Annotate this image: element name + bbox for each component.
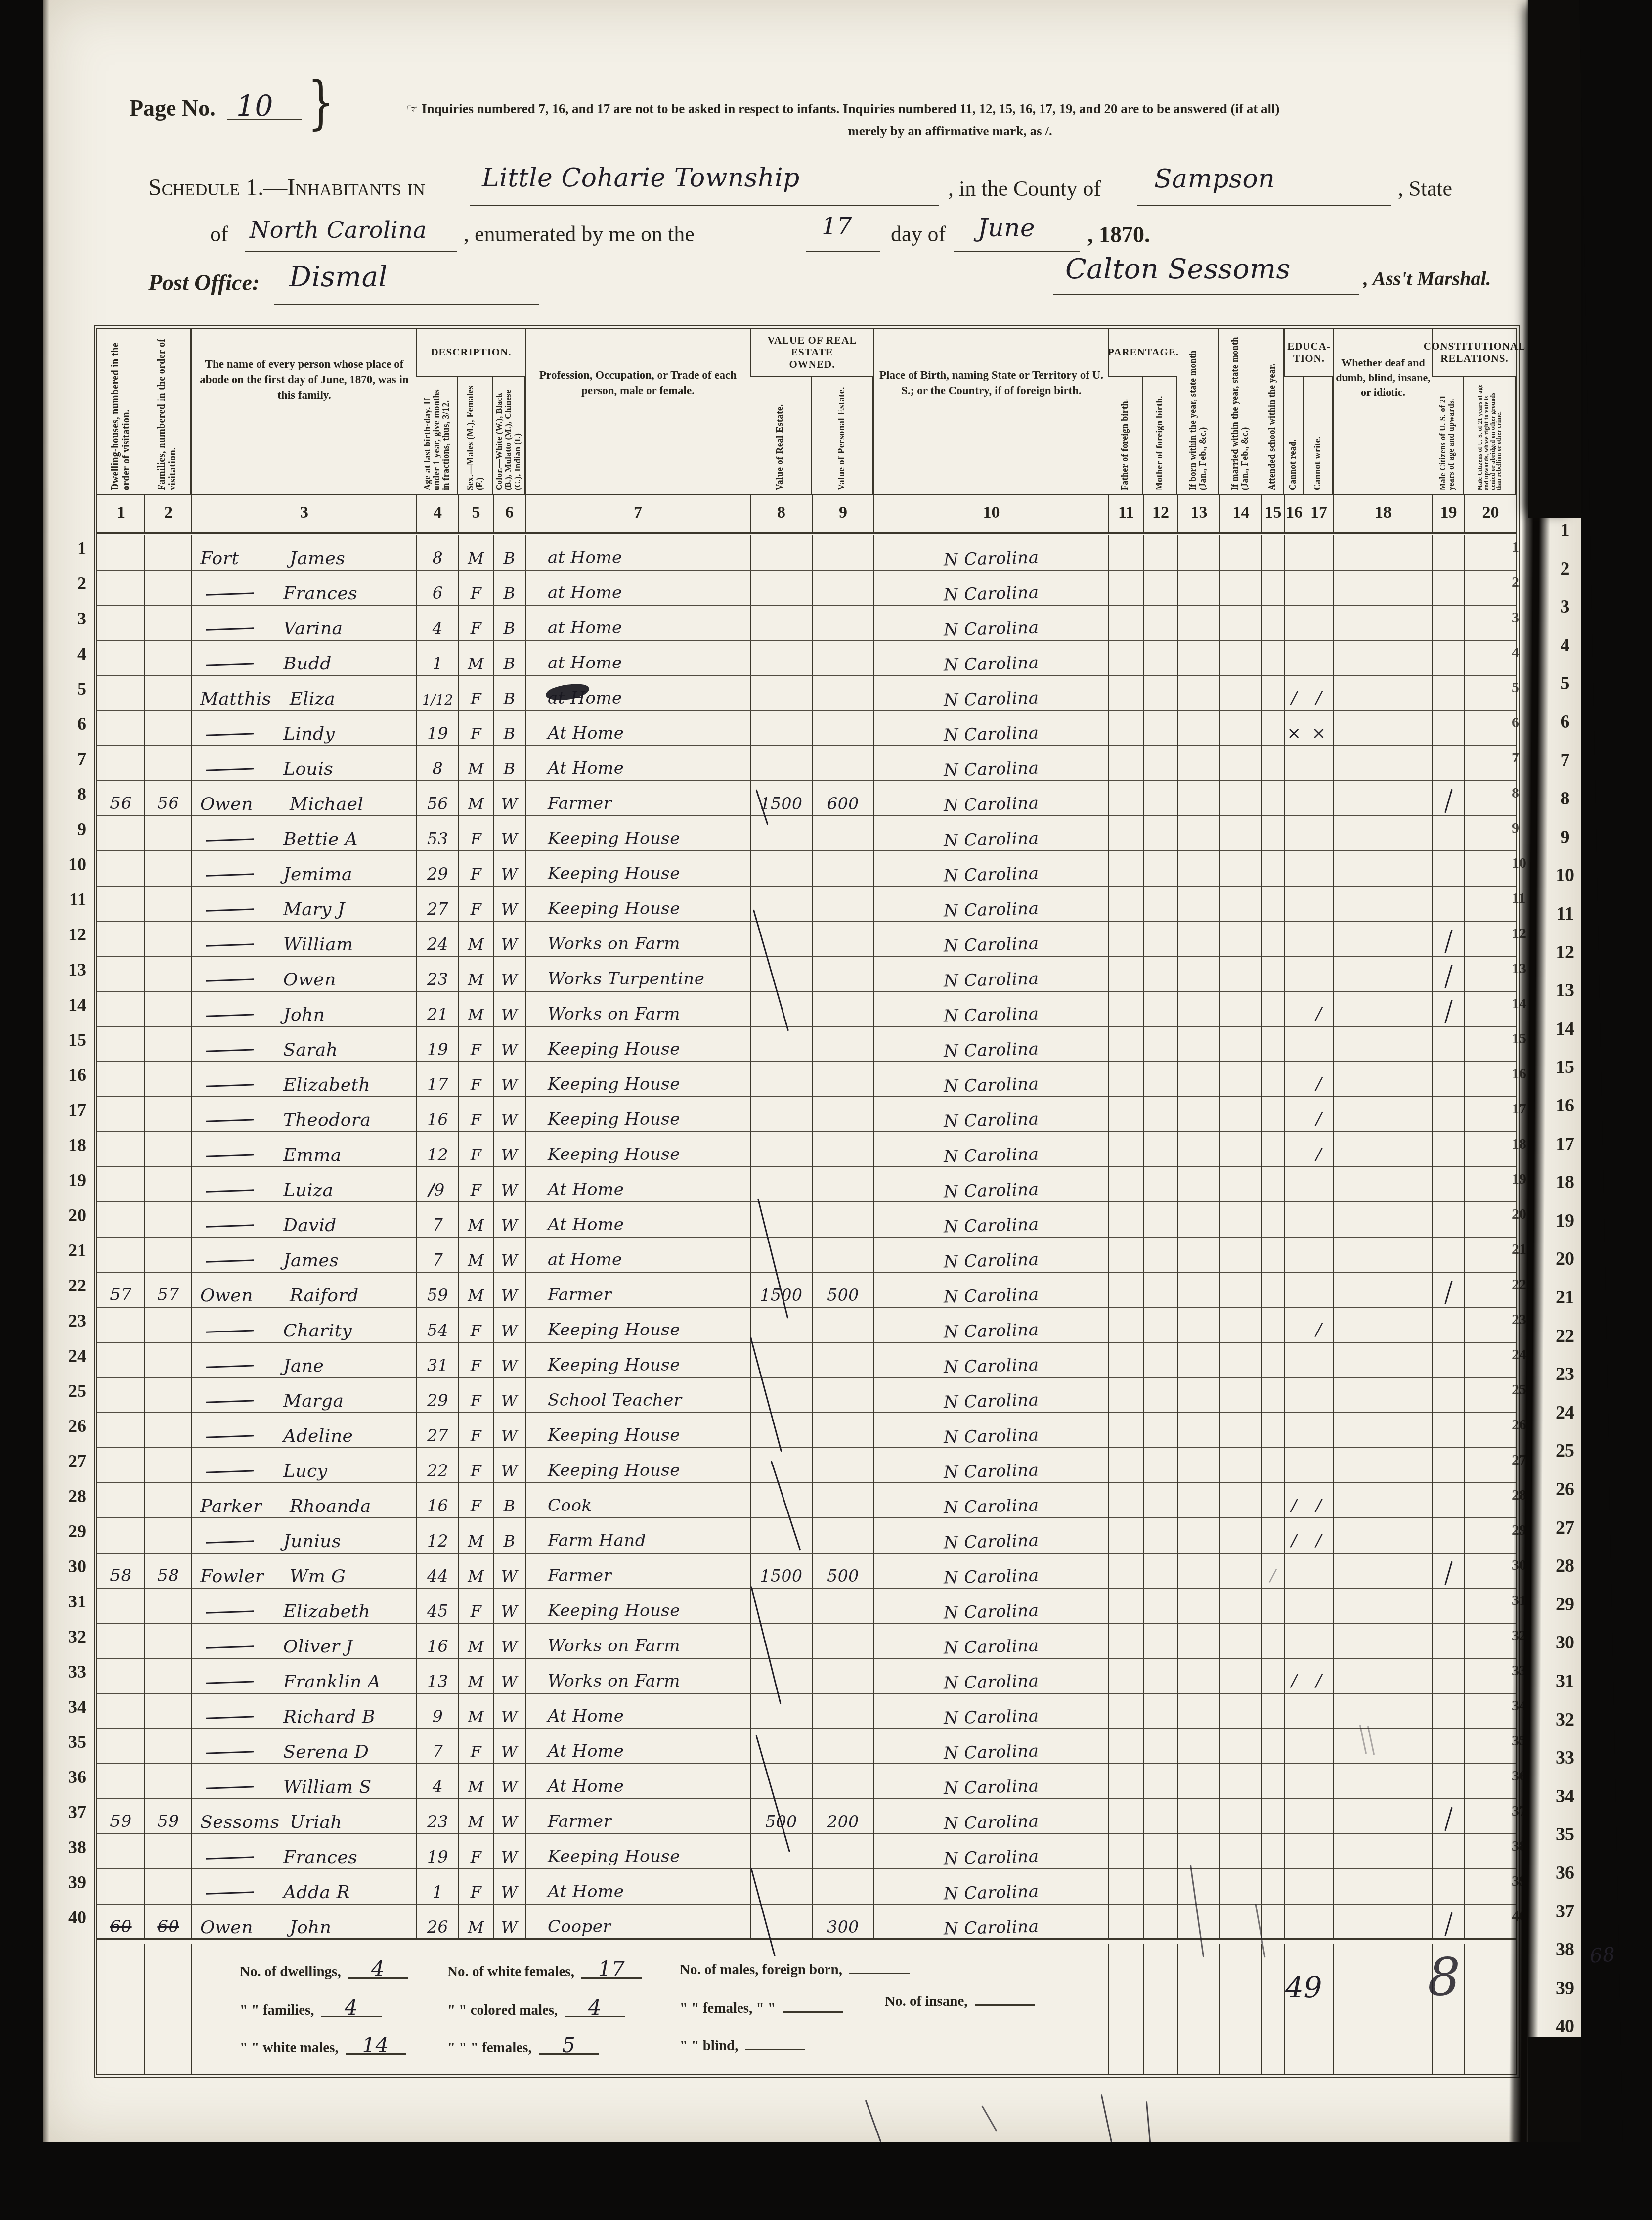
summary-column-line — [1177, 1944, 1178, 2074]
cell-mother-foreign — [1143, 1764, 1177, 1799]
cell-dwelling-number — [97, 957, 144, 992]
left-row-number: 26 — [49, 1416, 86, 1436]
cell-cannot-write — [1304, 1554, 1333, 1589]
occupation-value: Keeping House — [548, 1601, 680, 1621]
strip-row-number: 21 — [1550, 1287, 1580, 1308]
cell-married-month — [1219, 1659, 1261, 1694]
cell-occupation: Works Turpentine — [525, 957, 750, 992]
left-row-number: 21 — [49, 1240, 86, 1261]
cell-born-month — [1177, 1448, 1219, 1483]
surname-value: Owen — [200, 794, 290, 814]
cell-occupation: Keeping House — [525, 1834, 750, 1869]
left-row-number: 18 — [49, 1135, 86, 1155]
footer-stat-label: No. of white females, — [447, 1964, 574, 1980]
cell-personal-estate-value — [812, 746, 873, 781]
cell-attended-school — [1261, 711, 1284, 746]
cell-attended-school — [1261, 992, 1284, 1027]
given-name-value: Oliver J — [283, 1637, 413, 1657]
birthplace-value: N Carolina — [944, 1495, 1039, 1517]
occupation-value: At Home — [548, 723, 624, 743]
cell-married-month — [1219, 851, 1261, 887]
given-name-value: Louis — [283, 759, 413, 779]
cell-personal-estate-value — [812, 606, 873, 641]
cell-age: 44 — [416, 1554, 458, 1589]
cell-name: William S — [191, 1764, 416, 1799]
birthplace-value: N Carolina — [944, 1320, 1039, 1342]
cell-male-citizen — [1432, 1097, 1464, 1132]
cell-vote-denied — [1464, 1413, 1516, 1448]
cell-real-estate-value — [750, 1905, 812, 1940]
cell-dwelling-number: 60 — [97, 1905, 144, 1940]
cell-born-month — [1177, 781, 1219, 816]
cell-family-number — [144, 1027, 191, 1062]
cell-married-month — [1219, 746, 1261, 781]
note-line-1-text: Inquiries numbered 7, 16, and 17 are not… — [422, 101, 1280, 116]
cell-dwelling-number — [97, 1729, 144, 1764]
cell-birthplace: N Carolina — [873, 1624, 1108, 1659]
footer-stat-value: 17 — [581, 1962, 642, 1979]
cell-family-number — [144, 535, 191, 571]
census-scan: Page No. 10 } ☞ Inquiries numbered 7, 16… — [0, 0, 1652, 2220]
cell-father-foreign — [1108, 992, 1143, 1027]
ditto-mark — [206, 1716, 254, 1719]
cell-dwelling-number — [97, 1624, 144, 1659]
strip-row-number: 1 — [1550, 519, 1580, 541]
cell-father-foreign — [1108, 676, 1143, 711]
cell-mother-foreign — [1143, 992, 1177, 1027]
ditto-mark — [206, 1856, 254, 1859]
occupation-value: Keeping House — [548, 1461, 680, 1480]
cell-married-month — [1219, 1729, 1261, 1764]
color-value: W — [501, 1567, 518, 1586]
cell-sex: M — [458, 1202, 493, 1238]
cell-personal-estate-value — [812, 1308, 873, 1343]
cell-occupation: at Home — [525, 606, 750, 641]
cell-cannot-write — [1304, 1589, 1333, 1624]
cell-born-month — [1177, 1729, 1219, 1764]
given-name-value: Junius — [283, 1531, 413, 1552]
strip-row-number: 18 — [1550, 1171, 1580, 1193]
left-row-number: 1 — [49, 538, 86, 559]
cell-deaf-dumb — [1333, 1659, 1432, 1694]
birthplace-value: N Carolina — [944, 582, 1039, 605]
color-value: W — [501, 935, 518, 954]
cell-father-foreign — [1108, 641, 1143, 676]
strip-row-number: 35 — [1550, 1823, 1580, 1845]
cell-family-number: 58 — [144, 1554, 191, 1589]
cell-birthplace: N Carolina — [873, 641, 1108, 676]
cell-real-estate-value — [750, 1378, 812, 1413]
cell-father-foreign — [1108, 1167, 1143, 1202]
cell-sex: F — [458, 1167, 493, 1202]
cell-name: James — [191, 1238, 416, 1273]
state-word: , State — [1398, 176, 1452, 201]
cell-dwelling-number — [97, 1308, 144, 1343]
given-name-value: Owen — [283, 970, 413, 990]
occupation-value: Keeping House — [548, 829, 680, 848]
male-citizen-mark — [1444, 1000, 1453, 1024]
cell-father-foreign — [1108, 1589, 1143, 1624]
cell-sex: M — [458, 992, 493, 1027]
cell-color: B — [493, 746, 525, 781]
cell-birthplace: N Carolina — [873, 1238, 1108, 1273]
cell-cannot-write — [1304, 571, 1333, 606]
color-value: B — [503, 584, 515, 603]
cell-dwelling-number — [97, 1343, 144, 1378]
cell-father-foreign — [1108, 816, 1143, 851]
cell-born-month — [1177, 1624, 1219, 1659]
cell-father-foreign — [1108, 1694, 1143, 1729]
table-row: Emma12FWKeeping HouseN Carolina/ — [97, 1132, 1516, 1167]
cell-birthplace: N Carolina — [873, 1483, 1108, 1518]
cell-born-month — [1177, 851, 1219, 887]
given-name-value: Adeline — [283, 1426, 413, 1446]
sex-value: M — [468, 1532, 484, 1551]
cell-mother-foreign — [1143, 1413, 1177, 1448]
cell-occupation: Farmer — [525, 1799, 750, 1834]
cell-vote-denied — [1464, 1518, 1516, 1554]
month-underline — [954, 250, 1080, 252]
cell-sex: F — [458, 711, 493, 746]
cell-attended-school — [1261, 1729, 1284, 1764]
cell-occupation: Cook — [525, 1483, 750, 1518]
cannot-write-mark: / — [1316, 1145, 1322, 1164]
ditto-mark — [206, 1084, 254, 1087]
cell-real-estate-value: 1500 — [750, 1554, 812, 1589]
male-citizen-mark — [1444, 1912, 1453, 1937]
cell-mother-foreign — [1143, 1027, 1177, 1062]
cell-cannot-write — [1304, 1202, 1333, 1238]
cell-vote-denied — [1464, 641, 1516, 676]
surname-value: Parker — [200, 1496, 290, 1516]
cell-name: Charity — [191, 1308, 416, 1343]
cell-cannot-write — [1304, 1238, 1333, 1273]
cell-occupation: at Home — [525, 535, 750, 571]
cell-real-estate-value — [750, 676, 812, 711]
cell-born-month — [1177, 1694, 1219, 1729]
cell-mother-foreign — [1143, 1659, 1177, 1694]
cell-name: Frances — [191, 1834, 416, 1869]
cell-mother-foreign — [1143, 1483, 1177, 1518]
left-row-number: 19 — [49, 1170, 86, 1191]
given-name-value: Lucy — [283, 1461, 413, 1481]
cell-color: W — [493, 1062, 525, 1097]
cell-attended-school — [1261, 1062, 1284, 1097]
cell-married-month — [1219, 535, 1261, 571]
cell-born-month — [1177, 816, 1219, 851]
given-name-value: Bettie A — [283, 829, 413, 849]
cell-vote-denied — [1464, 1273, 1516, 1308]
marshal-title: , Ass't Marshal. — [1363, 267, 1491, 290]
group-header-constitutional: Constitutional Relations. — [1432, 329, 1516, 377]
cell-cannot-read — [1284, 535, 1304, 571]
cell-dwelling-number — [97, 676, 144, 711]
color-value: W — [501, 1462, 518, 1480]
cell-real-estate-value — [750, 1694, 812, 1729]
cell-birthplace: N Carolina — [873, 957, 1108, 992]
strip-row-number: 31 — [1550, 1670, 1580, 1692]
cell-cannot-read — [1284, 1799, 1304, 1834]
cell-mother-foreign — [1143, 1097, 1177, 1132]
given-name-value: Frances — [283, 583, 413, 604]
table-row: Theodora16FWKeeping HouseN Carolina/ — [97, 1097, 1516, 1132]
cell-vote-denied — [1464, 1729, 1516, 1764]
cell-cannot-write — [1304, 1729, 1333, 1764]
cell-cannot-write: / — [1304, 1132, 1333, 1167]
occupation-value: At Home — [548, 1706, 624, 1726]
cell-family-number — [144, 1869, 191, 1905]
cell-occupation: Farm Hand — [525, 1518, 750, 1554]
cell-sex: F — [458, 1834, 493, 1869]
birthplace-value: N Carolina — [944, 1004, 1039, 1026]
ditto-mark — [206, 1400, 254, 1403]
column-header-6: Color.—White (W.), Black (B.), Mulatto (… — [493, 377, 525, 494]
sex-value: F — [471, 1110, 482, 1129]
cell-occupation: Keeping House — [525, 1413, 750, 1448]
ditto-mark — [206, 663, 254, 666]
cell-occupation: at Home — [525, 641, 750, 676]
cell-dwelling-number — [97, 1097, 144, 1132]
cell-cannot-read — [1284, 1694, 1304, 1729]
cell-married-month — [1219, 1273, 1261, 1308]
age-value: 29 — [427, 864, 448, 884]
male-citizen-mark — [1444, 1561, 1453, 1586]
age-value: 7 — [433, 1742, 443, 1761]
cell-father-foreign — [1108, 1448, 1143, 1483]
sex-value: M — [468, 1251, 484, 1270]
cell-father-foreign — [1108, 781, 1143, 816]
cell-cannot-write — [1304, 1027, 1333, 1062]
personal-estate-value: 500 — [827, 1286, 859, 1305]
column-header-1: Dwelling-houses, numbered in the order o… — [97, 329, 144, 494]
cell-occupation: At Home — [525, 1694, 750, 1729]
group-header-education: Educa- tion. — [1284, 329, 1333, 377]
birthplace-value: N Carolina — [944, 933, 1039, 956]
cell-sex: M — [458, 1518, 493, 1554]
cell-real-estate-value — [750, 1413, 812, 1448]
cell-family-number — [144, 887, 191, 922]
table-row: Sarah19FWKeeping HouseN Carolina — [97, 1027, 1516, 1062]
occupation-value: Works on Farm — [548, 1004, 680, 1024]
cell-vote-denied — [1464, 781, 1516, 816]
personal-estate-value: 200 — [827, 1812, 859, 1831]
sex-value: M — [468, 654, 484, 673]
cell-mother-foreign — [1143, 1905, 1177, 1940]
cell-father-foreign — [1108, 922, 1143, 957]
column-number-8: 8 — [750, 494, 812, 532]
hand-flourish-8: 8 — [1428, 1947, 1461, 2007]
cell-occupation: Works on Farm — [525, 1659, 750, 1694]
cell-father-foreign — [1108, 1799, 1143, 1834]
sex-value: M — [468, 1672, 484, 1691]
cell-color: W — [493, 781, 525, 816]
color-value: W — [501, 865, 518, 884]
state-value: North Carolina — [250, 217, 427, 243]
cell-real-estate-value — [750, 1764, 812, 1799]
cell-color: W — [493, 1799, 525, 1834]
color-value: W — [501, 970, 518, 989]
cell-name: ParkerRhoanda — [191, 1483, 416, 1518]
cell-birthplace: N Carolina — [873, 816, 1108, 851]
left-row-number: 4 — [49, 643, 86, 664]
cell-family-number — [144, 1343, 191, 1378]
cell-age: 26 — [416, 1905, 458, 1940]
ditto-mark — [206, 1786, 254, 1789]
cell-occupation: At Home — [525, 1202, 750, 1238]
cell-mother-foreign — [1143, 1834, 1177, 1869]
cell-attended-school — [1261, 1518, 1284, 1554]
cell-age: 56 — [416, 781, 458, 816]
cell-dwelling-number: 58 — [97, 1554, 144, 1589]
cell-vote-denied — [1464, 571, 1516, 606]
cell-cannot-write — [1304, 1448, 1333, 1483]
marshal-signature: Calton Sessoms — [1065, 253, 1291, 285]
age-value: 54 — [427, 1321, 448, 1340]
cell-age: 23 — [416, 957, 458, 992]
cell-male-citizen — [1432, 922, 1464, 957]
sex-value: F — [471, 1883, 482, 1902]
cell-cannot-write: / — [1304, 1659, 1333, 1694]
cell-dwelling-number — [97, 1483, 144, 1518]
column-number-6: 6 — [493, 494, 525, 532]
cell-birthplace: N Carolina — [873, 1589, 1108, 1624]
sex-value: F — [471, 900, 482, 919]
color-value: W — [501, 1742, 518, 1761]
male-citizen-mark — [1444, 965, 1453, 989]
cell-age: 31 — [416, 1343, 458, 1378]
family-value: 59 — [157, 1812, 179, 1831]
left-row-number: 7 — [49, 749, 86, 769]
cell-age: 13 — [416, 1659, 458, 1694]
surname-value: Matthis — [200, 689, 290, 709]
cell-deaf-dumb — [1333, 1202, 1432, 1238]
cell-age: 6 — [416, 571, 458, 606]
left-row-number: 23 — [49, 1310, 86, 1331]
cell-name: Junius — [191, 1518, 416, 1554]
cell-born-month — [1177, 1869, 1219, 1905]
cell-personal-estate-value — [812, 1097, 873, 1132]
cell-name: Jemima — [191, 851, 416, 887]
cell-dwelling-number — [97, 1834, 144, 1869]
cell-male-citizen — [1432, 851, 1464, 887]
cell-born-month — [1177, 746, 1219, 781]
strip-row-number: 39 — [1550, 1977, 1580, 1999]
birthplace-value: N Carolina — [944, 1390, 1039, 1412]
sex-value: M — [468, 759, 484, 778]
cell-cannot-write — [1304, 957, 1333, 992]
cell-occupation: Keeping House — [525, 1062, 750, 1097]
table-row: ParkerRhoanda16FBCookN Carolina// — [97, 1483, 1516, 1518]
table-row: FortJames8MBat HomeN Carolina — [97, 535, 1516, 571]
cell-birthplace: N Carolina — [873, 1413, 1108, 1448]
age-value: 17 — [427, 1075, 448, 1094]
sex-value: M — [468, 935, 484, 954]
cell-deaf-dumb — [1333, 1799, 1432, 1834]
cell-color: B — [493, 641, 525, 676]
cell-real-estate-value — [750, 1062, 812, 1097]
cell-married-month — [1219, 1062, 1261, 1097]
cell-personal-estate-value: 200 — [812, 1799, 873, 1834]
post-office-value: Dismal — [289, 261, 388, 293]
cell-sex: M — [458, 1694, 493, 1729]
cell-name: Frances — [191, 571, 416, 606]
cell-father-foreign — [1108, 957, 1143, 992]
cell-occupation: Keeping House — [525, 1589, 750, 1624]
age-value: 1 — [433, 654, 443, 673]
strip-row-number: 24 — [1550, 1402, 1580, 1423]
left-row-number: 22 — [49, 1275, 86, 1296]
left-row-number: 8 — [49, 784, 86, 804]
cell-occupation: Cooper — [525, 1905, 750, 1940]
cell-color: W — [493, 1554, 525, 1589]
table-row: Oliver J16MWWorks on FarmN Carolina — [97, 1624, 1516, 1659]
cell-born-month — [1177, 1308, 1219, 1343]
cell-real-estate-value — [750, 1238, 812, 1273]
table-row: Elizabeth17FWKeeping HouseN Carolina/ — [97, 1062, 1516, 1097]
age-value: 27 — [427, 899, 448, 919]
cell-cannot-write: × — [1304, 711, 1333, 746]
cell-male-citizen — [1432, 1659, 1464, 1694]
cell-deaf-dumb — [1333, 1624, 1432, 1659]
cell-color: W — [493, 1132, 525, 1167]
strip-row-number: 9 — [1550, 826, 1580, 848]
cell-age: 29 — [416, 1378, 458, 1413]
brace-glyph: } — [307, 70, 335, 136]
cell-occupation: Keeping House — [525, 1132, 750, 1167]
cell-dwelling-number — [97, 1659, 144, 1694]
occupation-value: School Teacher — [548, 1390, 682, 1410]
cell-dwelling-number — [97, 606, 144, 641]
cell-birthplace: N Carolina — [873, 1729, 1108, 1764]
cell-birthplace: N Carolina — [873, 1062, 1108, 1097]
age-value: 22 — [427, 1461, 448, 1480]
cell-cannot-read — [1284, 1448, 1304, 1483]
sex-value: M — [468, 1707, 484, 1726]
cell-dwelling-number — [97, 746, 144, 781]
township-value: Little Coharie Township — [482, 163, 800, 193]
cell-age: 59 — [416, 1273, 458, 1308]
cell-cannot-read — [1284, 1413, 1304, 1448]
age-value: 44 — [427, 1566, 448, 1586]
column-number-12: 12 — [1143, 494, 1177, 532]
column-header-15: Attended school within the year. — [1261, 329, 1284, 494]
given-name-value: Elizabeth — [283, 1601, 413, 1622]
birthplace-value: N Carolina — [944, 969, 1039, 991]
cell-vote-denied — [1464, 1378, 1516, 1413]
given-name-value: David — [283, 1215, 413, 1236]
cell-real-estate-value — [750, 1097, 812, 1132]
cell-mother-foreign — [1143, 1132, 1177, 1167]
footer-stat: No. of white females,17 — [447, 1962, 642, 1980]
age-value: 8 — [433, 759, 443, 778]
cell-occupation: Works on Farm — [525, 922, 750, 957]
cell-birthplace: N Carolina — [873, 887, 1108, 922]
cell-born-month — [1177, 1132, 1219, 1167]
cell-male-citizen — [1432, 1729, 1464, 1764]
age-value: 4 — [433, 619, 443, 638]
color-value: W — [501, 1040, 518, 1059]
insane-label: No. of insane, — [885, 1994, 968, 2009]
cell-dwelling-number — [97, 922, 144, 957]
cell-deaf-dumb — [1333, 1589, 1432, 1624]
cell-cannot-read: / — [1284, 1659, 1304, 1694]
occupation-value: Farmer — [548, 1566, 611, 1586]
cell-cannot-write — [1304, 1413, 1333, 1448]
color-value: W — [501, 1216, 518, 1235]
cell-vote-denied — [1464, 1483, 1516, 1518]
cell-born-month — [1177, 1518, 1219, 1554]
color-value: W — [501, 1146, 518, 1164]
